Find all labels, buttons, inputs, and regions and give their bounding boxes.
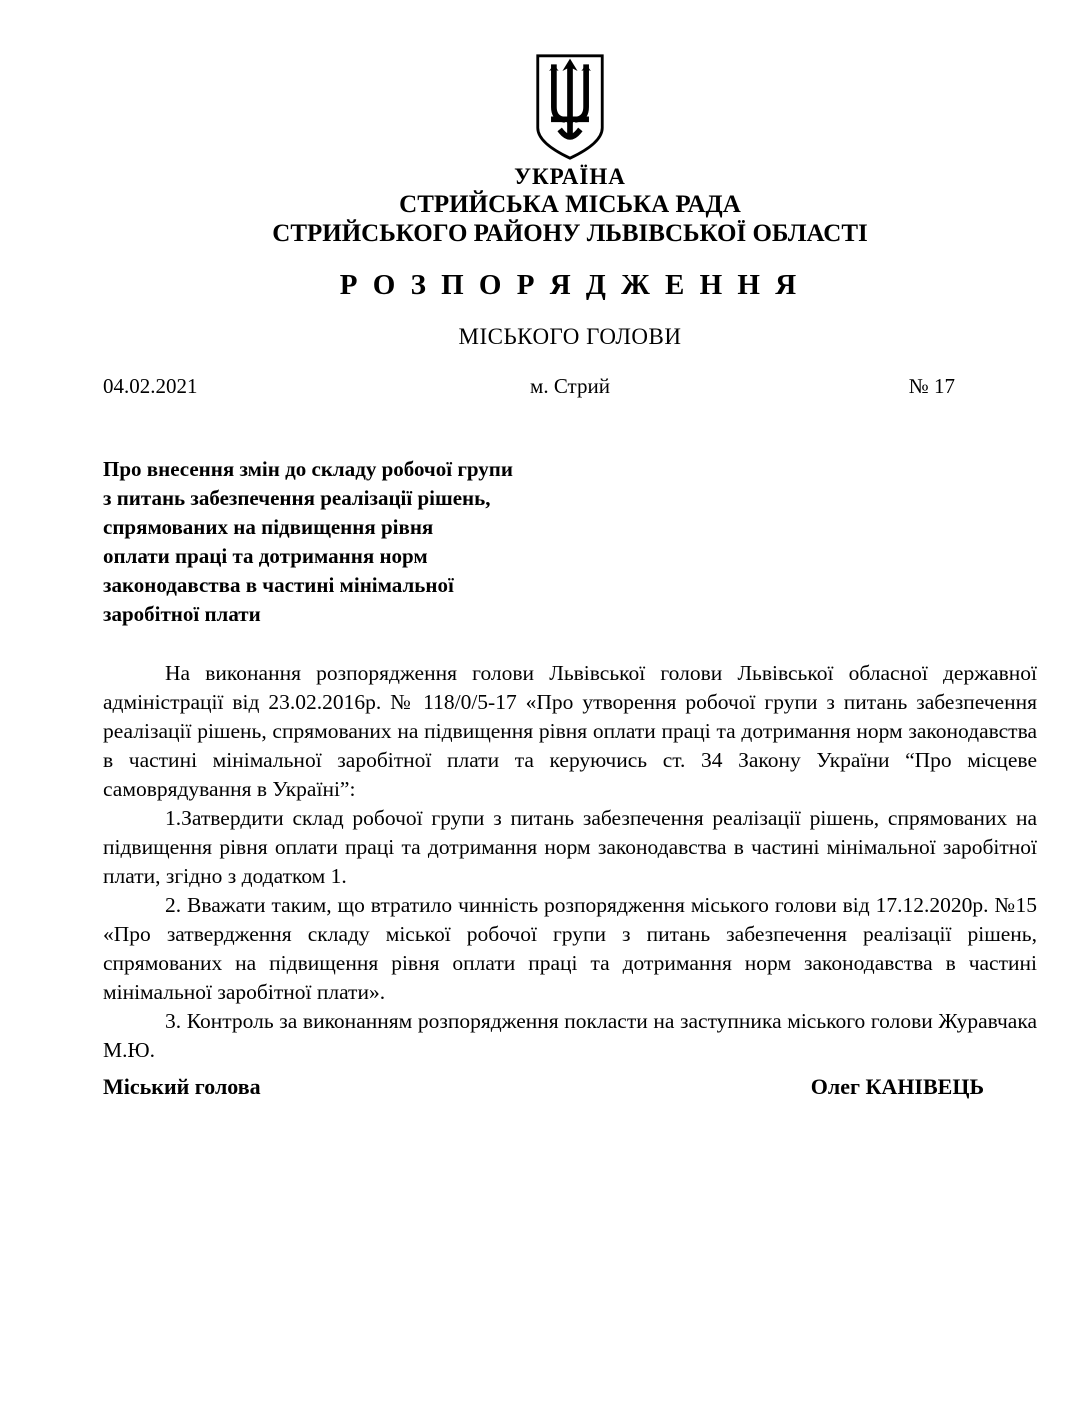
signature-title: Міський голова bbox=[103, 1074, 261, 1100]
subject-line: законодавства в частині мінімальної bbox=[103, 571, 583, 600]
subject-line: з питань забезпечення реалізації рішень, bbox=[103, 484, 583, 513]
council-name: СТРИЙСЬКА МІСЬКА РАДА bbox=[103, 190, 1037, 219]
document-body: На виконання розпорядження голови Львівс… bbox=[103, 659, 1037, 1065]
date-row: 04.02.2021 м. Стрий № 17 bbox=[103, 374, 1037, 399]
body-paragraph: 1.Затвердити склад робочої групи з питан… bbox=[103, 804, 1037, 891]
coat-of-arms-icon bbox=[103, 52, 1037, 162]
signature-name: Олег КАНІВЕЦЬ bbox=[811, 1074, 984, 1100]
document-number: № 17 bbox=[610, 374, 1037, 399]
subject-line: заробітної плати bbox=[103, 600, 583, 629]
subject-block: Про внесення змін до складу робочої груп… bbox=[103, 455, 583, 629]
document-header: УКРАЇНА СТРИЙСЬКА МІСЬКА РАДА СТРИЙСЬКОГ… bbox=[103, 52, 1037, 350]
country-name: УКРАЇНА bbox=[103, 164, 1037, 190]
document-page: УКРАЇНА СТРИЙСЬКА МІСЬКА РАДА СТРИЙСЬКОГ… bbox=[0, 0, 1088, 1408]
document-place: м. Стрий bbox=[530, 374, 610, 399]
subject-line: оплати праці та дотримання норм bbox=[103, 542, 583, 571]
document-date: 04.02.2021 bbox=[103, 374, 530, 399]
subject-line: спрямованих на підвищення рівня bbox=[103, 513, 583, 542]
issuer-title: МІСЬКОГО ГОЛОВИ bbox=[103, 324, 1037, 350]
district-name: СТРИЙСЬКОГО РАЙОНУ ЛЬВІВСЬКОЇ ОБЛАСТІ bbox=[103, 219, 1037, 248]
document-type-title: Р О З П О Р Я Д Ж Е Н Н Я bbox=[103, 269, 1037, 301]
body-paragraph: На виконання розпорядження голови Львівс… bbox=[103, 659, 1037, 804]
signature-row: Міський голова Олег КАНІВЕЦЬ bbox=[103, 1074, 984, 1100]
subject-line: Про внесення змін до складу робочої груп… bbox=[103, 455, 583, 484]
body-paragraph: 3. Контроль за виконанням розпорядження … bbox=[103, 1007, 1037, 1065]
body-paragraph: 2. Вважати таким, що втратило чинність р… bbox=[103, 891, 1037, 1007]
